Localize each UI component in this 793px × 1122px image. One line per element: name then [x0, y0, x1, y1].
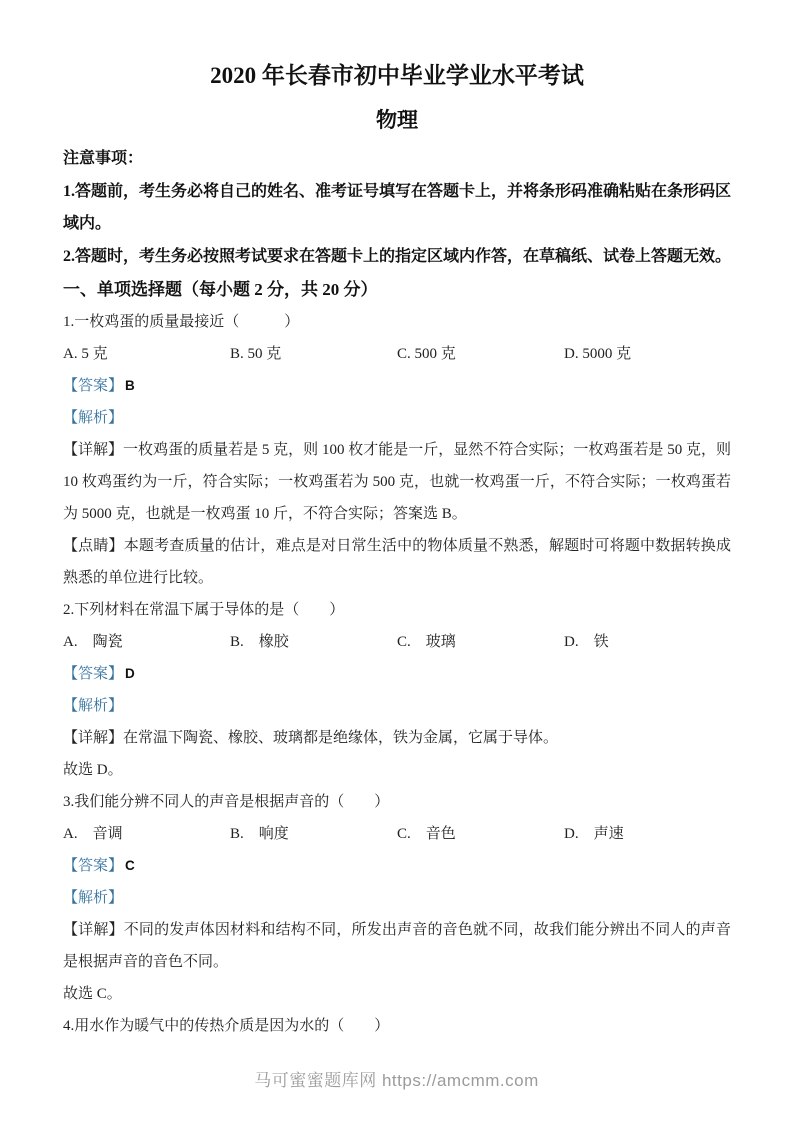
- notice-item-2: 2.答题时，考生务必按照考试要求在答题卡上的指定区域内作答，在草稿纸、试卷上答题…: [63, 241, 731, 274]
- question-3-option-a: A. 音调: [63, 818, 230, 850]
- exam-document-page: 2020 年长春市初中毕业学业水平考试 物理 注意事项： 1.答题前，考生务必将…: [0, 0, 793, 1122]
- question-1-answer: B: [123, 378, 135, 393]
- question-1-options: A. 5 克 B. 50 克 C. 500 克 D. 5000 克: [63, 338, 731, 370]
- question-2-detail: 【详解】在常温下陶瓷、橡胶、玻璃都是绝缘体，铁为金属，它属于导体。: [63, 722, 731, 754]
- question-1-analysis-label: 【解析】: [63, 402, 731, 434]
- question-3-conclusion: 故选 C。: [63, 978, 731, 1010]
- question-3-answer-line: 【答案】C: [63, 850, 731, 882]
- section-heading-single-choice: 一、单项选择题（每小题 2 分，共 20 分）: [63, 273, 731, 306]
- question-2-conclusion: 故选 D。: [63, 754, 731, 786]
- question-2-answer-line: 【答案】D: [63, 658, 731, 690]
- question-2-answer: D: [123, 666, 135, 681]
- question-3-options: A. 音调 B. 响度 C. 音色 D. 声速: [63, 818, 731, 850]
- question-3-option-b: B. 响度: [230, 818, 397, 850]
- question-3-detail: 【详解】不同的发声体因材料和结构不同，所发出声音的音色就不同，故我们能分辨出不同…: [63, 914, 731, 978]
- notice-item-1: 1.答题前，考生务必将自己的姓名、准考证号填写在答题卡上，并将条形码准确粘贴在条…: [63, 176, 731, 241]
- question-2-analysis-label: 【解析】: [63, 690, 731, 722]
- question-2-option-b: B. 橡胶: [230, 626, 397, 658]
- question-4-stem: 4.用水作为暖气中的传热介质是因为水的（ ）: [63, 1010, 731, 1042]
- question-2-stem: 2.下列材料在常温下属于导体的是（ ）: [63, 594, 731, 626]
- question-3-option-d: D. 声速: [564, 818, 731, 850]
- question-3-analysis-label: 【解析】: [63, 882, 731, 914]
- question-1-option-a: A. 5 克: [63, 338, 230, 370]
- question-1-option-c: C. 500 克: [397, 338, 564, 370]
- answer-label: 【答案】: [63, 858, 123, 874]
- site-watermark: 马可蜜蜜题库网 https://amcmm.com: [0, 1066, 793, 1091]
- question-2-option-c: C. 玻璃: [397, 626, 564, 658]
- answer-label: 【答案】: [63, 378, 123, 394]
- question-2-option-d: D. 铁: [564, 626, 731, 658]
- document-content: 2020 年长春市初中毕业学业水平考试 物理 注意事项： 1.答题前，考生务必将…: [0, 0, 793, 1042]
- question-3-stem: 3.我们能分辨不同人的声音是根据声音的（ ）: [63, 786, 731, 818]
- exam-subject: 物理: [63, 105, 731, 135]
- question-1-note: 【点睛】本题考查质量的估计，难点是对日常生活中的物体质量不熟悉，解题时可将题中数…: [63, 530, 731, 594]
- question-1-answer-line: 【答案】B: [63, 370, 731, 402]
- question-1-option-b: B. 50 克: [230, 338, 397, 370]
- exam-title: 2020 年长春市初中毕业学业水平考试: [63, 60, 731, 92]
- question-1-option-d: D. 5000 克: [564, 338, 731, 370]
- question-3-option-c: C. 音色: [397, 818, 564, 850]
- question-2-options: A. 陶瓷 B. 橡胶 C. 玻璃 D. 铁: [63, 626, 731, 658]
- question-3-answer: C: [123, 858, 135, 873]
- question-2-option-a: A. 陶瓷: [63, 626, 230, 658]
- question-1-stem: 1.一枚鸡蛋的质量最接近（ ）: [63, 306, 731, 338]
- answer-label: 【答案】: [63, 666, 123, 682]
- notice-heading: 注意事项：: [63, 143, 731, 176]
- question-1-detail: 【详解】一枚鸡蛋的质量若是 5 克，则 100 枚才能是一斤，显然不符合实际；一…: [63, 434, 731, 530]
